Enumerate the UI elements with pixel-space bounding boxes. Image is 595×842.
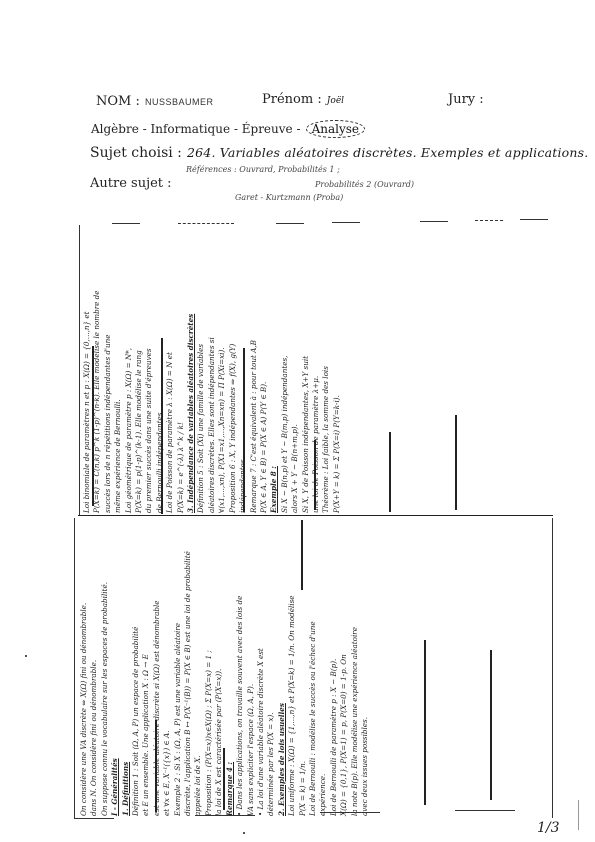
panel-border-right — [552, 518, 553, 818]
text-line: ∀(x1,...,xn), P(X1=x1,...,Xn=xn) = Π P(X… — [217, 227, 227, 513]
text-line: la note B(p). Elle modélise une expérien… — [350, 520, 360, 816]
separator — [320, 812, 380, 813]
epreuve-label: Algèbre - Informatique - Épreuve - — [91, 122, 301, 136]
text-line: VA sans expliciter l'espace (Ω, A, P). — [246, 520, 256, 816]
nom-label: NOM : — [96, 94, 140, 109]
text-line: succès lors de n répétitions indépendant… — [103, 227, 113, 513]
text-line: Exemple 2 : Si X : (Ω, A, P) est une var… — [173, 520, 183, 816]
section-heading: 2. Exemples de lois usuelles — [277, 520, 287, 816]
prenom-label: Prénom : — [262, 92, 322, 107]
section-heading: I - Généralités — [110, 520, 120, 816]
autre-label: Autre sujet : — [90, 176, 172, 191]
text-line: même expérience de Bernoulli. — [113, 227, 123, 513]
separator — [420, 221, 448, 222]
margin-rule — [455, 415, 457, 510]
prenom-value: Joël — [327, 96, 344, 106]
text-line: P(X+Y = k) = Σ P(X=i) P(Y=k-i). — [332, 227, 342, 513]
text-line: appelée loi de X. — [193, 520, 203, 816]
text-line: On considère une VA discrète ⇔ X(Ω) fini… — [79, 520, 89, 816]
text-line: Loi uniforme : X(Ω) = {1,...,n} et P(X=k… — [287, 520, 297, 816]
lower-handwritten-panel: On considère une VA discrète ⇔ X(Ω) fini… — [75, 518, 555, 818]
text-line: Théorème : Loi faible, la somme des lois — [321, 227, 331, 513]
separator — [112, 223, 140, 224]
nom-value: NUSSBAUMER — [145, 97, 214, 107]
panel-border-left — [74, 518, 75, 818]
text-line: discrète, l'application B ↦ P(X⁻¹(B)) = … — [183, 520, 193, 816]
exam-header: NOM : NUSSBAUMER Prénom : Joël Jury : Al… — [0, 0, 595, 210]
margin-rule — [314, 440, 316, 510]
separator — [74, 818, 114, 819]
text-line: Proposition 6 : X, Y indépendantes ⇒ f(X… — [228, 227, 238, 513]
text-line: est une variable aléatoire discrète si X… — [152, 520, 162, 816]
nom-field: NOM : NUSSBAUMER — [96, 90, 213, 109]
text-line: dans N. On considère fini ou dénombrable… — [89, 520, 99, 816]
text-line: Si X ~ B(n,p) et Y ~ B(m,p) indépendante… — [280, 227, 290, 513]
margin-rule — [301, 520, 303, 590]
text-line: • Dans les applications, on travaille so… — [235, 520, 245, 816]
text-line: Loi de Bernoulli de paramètre p : X ~ B(… — [329, 520, 339, 816]
section-heading: Remarque 4 : — [225, 520, 235, 816]
separator — [276, 223, 304, 224]
margin-rule — [424, 640, 426, 805]
text-line: et E un ensemble. Une application X : Ω … — [141, 520, 151, 816]
text-line: P(X=k) = e^(-λ) λ^k / k! — [176, 227, 186, 513]
text-line: Loi binomiale de paramètres n et p : X(Ω… — [82, 227, 92, 513]
text-line: • La loi d'une variable aléatoire discrè… — [256, 520, 266, 816]
margin-rule — [389, 432, 391, 512]
text-line: P(X ∈ A, Y ∈ B) = P(X ∈ A) P(Y ∈ B). — [259, 227, 269, 513]
section-heading: 1. Définitions — [121, 520, 131, 816]
margin-rule — [155, 720, 157, 812]
sujet-label: Sujet choisi : — [90, 145, 182, 161]
text-line: Définition 5 : Soit (Xi) une famille de … — [196, 227, 206, 513]
text-line: Loi de Poisson de paramètre λ : X(Ω) = N… — [165, 227, 175, 513]
separator — [520, 219, 548, 220]
margin-rule — [243, 348, 245, 512]
text-line: une loi de Poisson de paramètre λ+μ. — [311, 227, 321, 513]
scan-speck — [243, 832, 245, 834]
page-number: 1/3 — [537, 820, 560, 836]
text-line: P(X=k) = p(1-p)^(k-1). Elle modélise le … — [134, 227, 144, 513]
separator — [195, 815, 255, 816]
margin-rule — [490, 650, 492, 800]
separator — [455, 810, 515, 811]
text-line: aléatoires discrètes. Elles sont indépen… — [207, 227, 217, 513]
text-line: Si X, Y de Poisson indépendantes, X+Y su… — [301, 227, 311, 513]
scan-speck — [578, 800, 579, 830]
panel-border-left — [79, 225, 80, 515]
text-line: X(Ω) = {0,1}, P(X=1) = p, P(X=0) = 1-p. … — [339, 520, 349, 816]
text-line: expérience. — [318, 520, 328, 816]
section-heading: 3. Indépendance de variables aléatoires … — [186, 227, 196, 513]
jury-field: Jury : — [448, 88, 484, 107]
text-line: Proposition : (P(X=x))x∈X(Ω) ; Σ P(X=x) … — [204, 520, 214, 816]
separator — [332, 222, 360, 223]
text-line: Loi de Bernoulli : modélise le succès ou… — [308, 520, 318, 816]
text-line: et ∀x ∈ E, X⁻¹({x}) ∈ A. — [162, 520, 172, 816]
autre-sujet-field: Autre sujet : — [90, 172, 172, 191]
text-line: On suppose connu le vocabulaire sur les … — [100, 520, 110, 816]
text-line: Définition 1 : Soit (Ω, A, P) un espace … — [131, 520, 141, 816]
references-line-3: Garet - Kurtzmann (Proba) — [235, 193, 343, 202]
text-line: Loi géométrique de paramètre p : X(Ω) = … — [124, 227, 134, 513]
panel-divider — [78, 515, 553, 516]
text-line: avec deux issues possibles. — [360, 520, 370, 816]
text-line: Remarque 7 : C'est équivalent à : pour t… — [249, 227, 259, 513]
sujet-field: Sujet choisi : 264. Variables aléatoires… — [90, 142, 588, 161]
text-line: alors X + Y ~ B(n+m,p). — [290, 227, 300, 513]
separator — [475, 220, 503, 221]
epreuve-selected-analyse: Analyse — [306, 120, 365, 138]
text-line: déterminée par les P(X = x). — [266, 520, 276, 816]
separator — [178, 223, 234, 224]
references-line-1: Références : Ouvrard, Probabilités 1 ; — [186, 165, 340, 174]
prenom-field: Prénom : Joël — [262, 88, 344, 107]
scan-speck — [25, 655, 27, 657]
margin-rule — [223, 748, 225, 810]
rotated-text-block-right: Loi binomiale de paramètres n et p : X(Ω… — [82, 227, 342, 513]
sujet-value: 264. Variables aléatoires discrètes. Exe… — [187, 145, 588, 160]
margin-rule — [92, 346, 94, 506]
text-line: du premier succès dans une suite d'épreu… — [144, 227, 154, 513]
section-heading: Exemple 8 : — [269, 227, 279, 513]
jury-label: Jury : — [448, 92, 484, 107]
references-line-2: Probabilités 2 (Ouvrard) — [315, 180, 414, 189]
margin-rule — [161, 338, 163, 514]
epreuve-field: Algèbre - Informatique - Épreuve - Analy… — [91, 118, 365, 137]
